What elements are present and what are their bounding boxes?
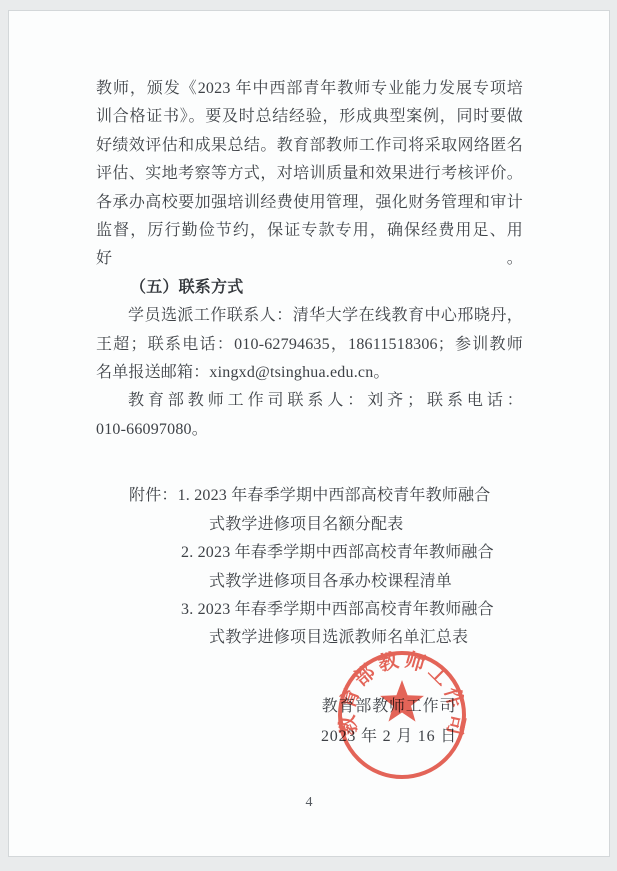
body-text-line: 评估、实地考察等方式，对培训质量和效果进行考核评价。	[96, 160, 523, 188]
signature-date: 2023 年 2 月 16 日	[314, 722, 464, 752]
attachment-list-line: 2. 2023 年春季学期中西部高校青年教师融合	[96, 539, 523, 567]
attachment-list-line: 式教学进修项目名额分配表	[96, 511, 523, 539]
signature-block: 教育部教师工作司 2023 年 2 月 16 日	[314, 692, 464, 752]
contact-text-line: 教育部教师工作司联系人：刘齐；联系电话：	[96, 387, 523, 415]
attachment-list: 附件：1. 2023 年春季学期中西部高校青年教师融合 式教学进修项目名额分配表…	[96, 482, 523, 652]
document-page: 教师，颁发《2023 年中西部青年教师专业能力发展专项培 训合格证书》。要及时总…	[8, 10, 610, 857]
attachment-list-line: 式教学进修项目选派教师名单汇总表	[96, 624, 523, 652]
contact-text-line-email: 名单报送邮箱：xingxd@tsinghua.edu.cn。	[96, 359, 523, 387]
contact-text-line-phone: 010-66097080。	[96, 416, 523, 444]
section-heading-contact: （五）联系方式	[96, 274, 523, 302]
body-text-line: 各承办高校要加强培训经费使用管理，强化财务管理和审计	[96, 189, 523, 217]
attachment-list-line: 式教学进修项目各承办校课程清单	[96, 568, 523, 596]
contact-text-line: 学员选派工作联系人：清华大学在线教育中心邢晓丹，	[96, 302, 523, 330]
page-number: 4	[9, 795, 609, 811]
body-text-line: 好绩效评估和成果总结。教育部教师工作司将采取网络匿名	[96, 132, 523, 160]
body-text-line: 监督，厉行勤俭节约，保证专款专用，确保经费用足、用好。	[96, 217, 523, 274]
signature-org: 教育部教师工作司	[314, 692, 464, 722]
contact-text-line: 王超；联系电话：010-62794635，18611518306；参训教师	[96, 331, 523, 359]
body-text-line: 教师，颁发《2023 年中西部青年教师专业能力发展专项培	[96, 75, 523, 103]
attachment-list-line: 3. 2023 年春季学期中西部高校青年教师融合	[96, 596, 523, 624]
body-text-line: 训合格证书》。要及时总结经验，形成典型案例，同时要做	[96, 103, 523, 131]
document-body: 教师，颁发《2023 年中西部青年教师专业能力发展专项培 训合格证书》。要及时总…	[96, 75, 523, 653]
attachment-list-line: 附件：1. 2023 年春季学期中西部高校青年教师融合	[96, 482, 523, 510]
